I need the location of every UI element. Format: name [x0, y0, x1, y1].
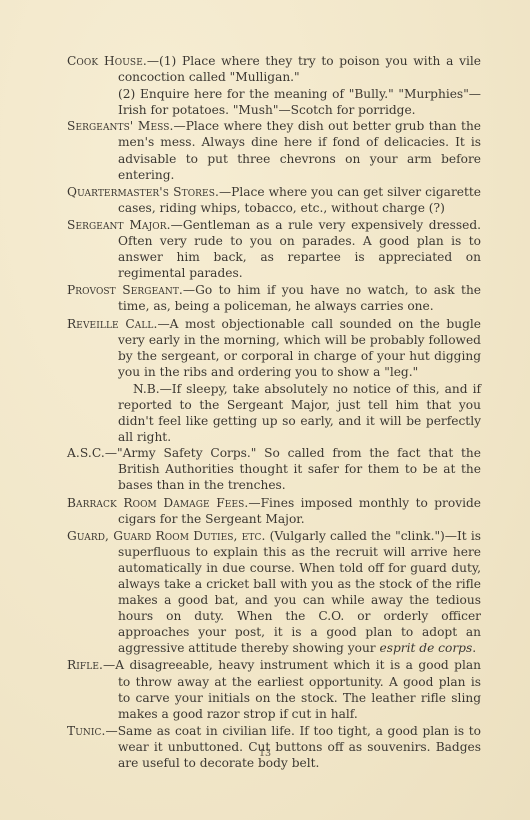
entry-definition: —"Army Safety Corps." So called from the… [105, 446, 481, 492]
entry-term: Provost Sergeant. [67, 283, 183, 297]
entry-reveille-call: Reveille Call.—A most objectionable call… [67, 316, 481, 380]
entry-term: Sergeant Major. [67, 218, 171, 232]
entry-term: Cook House. [67, 54, 147, 68]
entry-italic-phrase: esprit de corps [380, 641, 473, 655]
entry-reveille-note: N.B.—If sleepy, take absolutely no notic… [67, 381, 481, 445]
entry-definition: (Vulgarly called the "clink.")—It is sup… [118, 529, 481, 656]
entry-definition: —(1) Place where they try to poison you … [118, 54, 481, 84]
entry-definition: —Gentleman as a rule very expensively dr… [118, 218, 481, 280]
entry-provost-sergeant: Provost Sergeant.—Go to him if you have … [67, 282, 481, 314]
entry-guard-duties: Guard, Guard Room Duties, etc. (Vulgarly… [67, 528, 481, 657]
entry-term: Quartermaster's Stores. [67, 185, 219, 199]
entry-quartermasters-stores: Quartermaster's Stores.—Place where you … [67, 184, 481, 216]
entry-term: Guard, Guard Room Duties, etc. [67, 529, 266, 543]
entry-term: Tunic. [67, 724, 106, 738]
glossary-page: Cook House.—(1) Place where they try to … [67, 53, 481, 772]
entry-term: Barrack Room Damage Fees. [67, 496, 248, 510]
entry-barrack-room-damage-fees: Barrack Room Damage Fees.—Fines imposed … [67, 495, 481, 527]
entry-term: Sergeants' Mess. [67, 119, 174, 133]
entry-sergeant-major: Sergeant Major.—Gentleman as a rule very… [67, 217, 481, 281]
entry-term: Reveille Call. [67, 317, 157, 331]
entry-cook-house: Cook House.—(1) Place where they try to … [67, 53, 481, 85]
entry-rifle: Rifle.—A disagreeable, heavy instrument … [67, 657, 481, 721]
entry-tail: . [472, 641, 476, 655]
entry-asc: A.S.C.—"Army Safety Corps." So called fr… [67, 445, 481, 493]
entry-definition: —A most objectionable call sounded on th… [118, 317, 481, 379]
entry-sergeants-mess: Sergeants' Mess.—Place where they dish o… [67, 118, 481, 182]
page-number: 13 [0, 748, 530, 759]
entry-term: Rifle. [67, 658, 103, 672]
entry-term: A.S.C. [67, 446, 105, 460]
entry-definition: —Same as coat in civilian life. If too t… [106, 724, 481, 770]
entry-definition: —A disagreeable, heavy instrument which … [103, 658, 481, 720]
entry-cook-house-note: (2) Enquire here for the meaning of "Bul… [67, 86, 481, 118]
entry-tunic: Tunic.—Same as coat in civilian life. If… [67, 723, 481, 771]
